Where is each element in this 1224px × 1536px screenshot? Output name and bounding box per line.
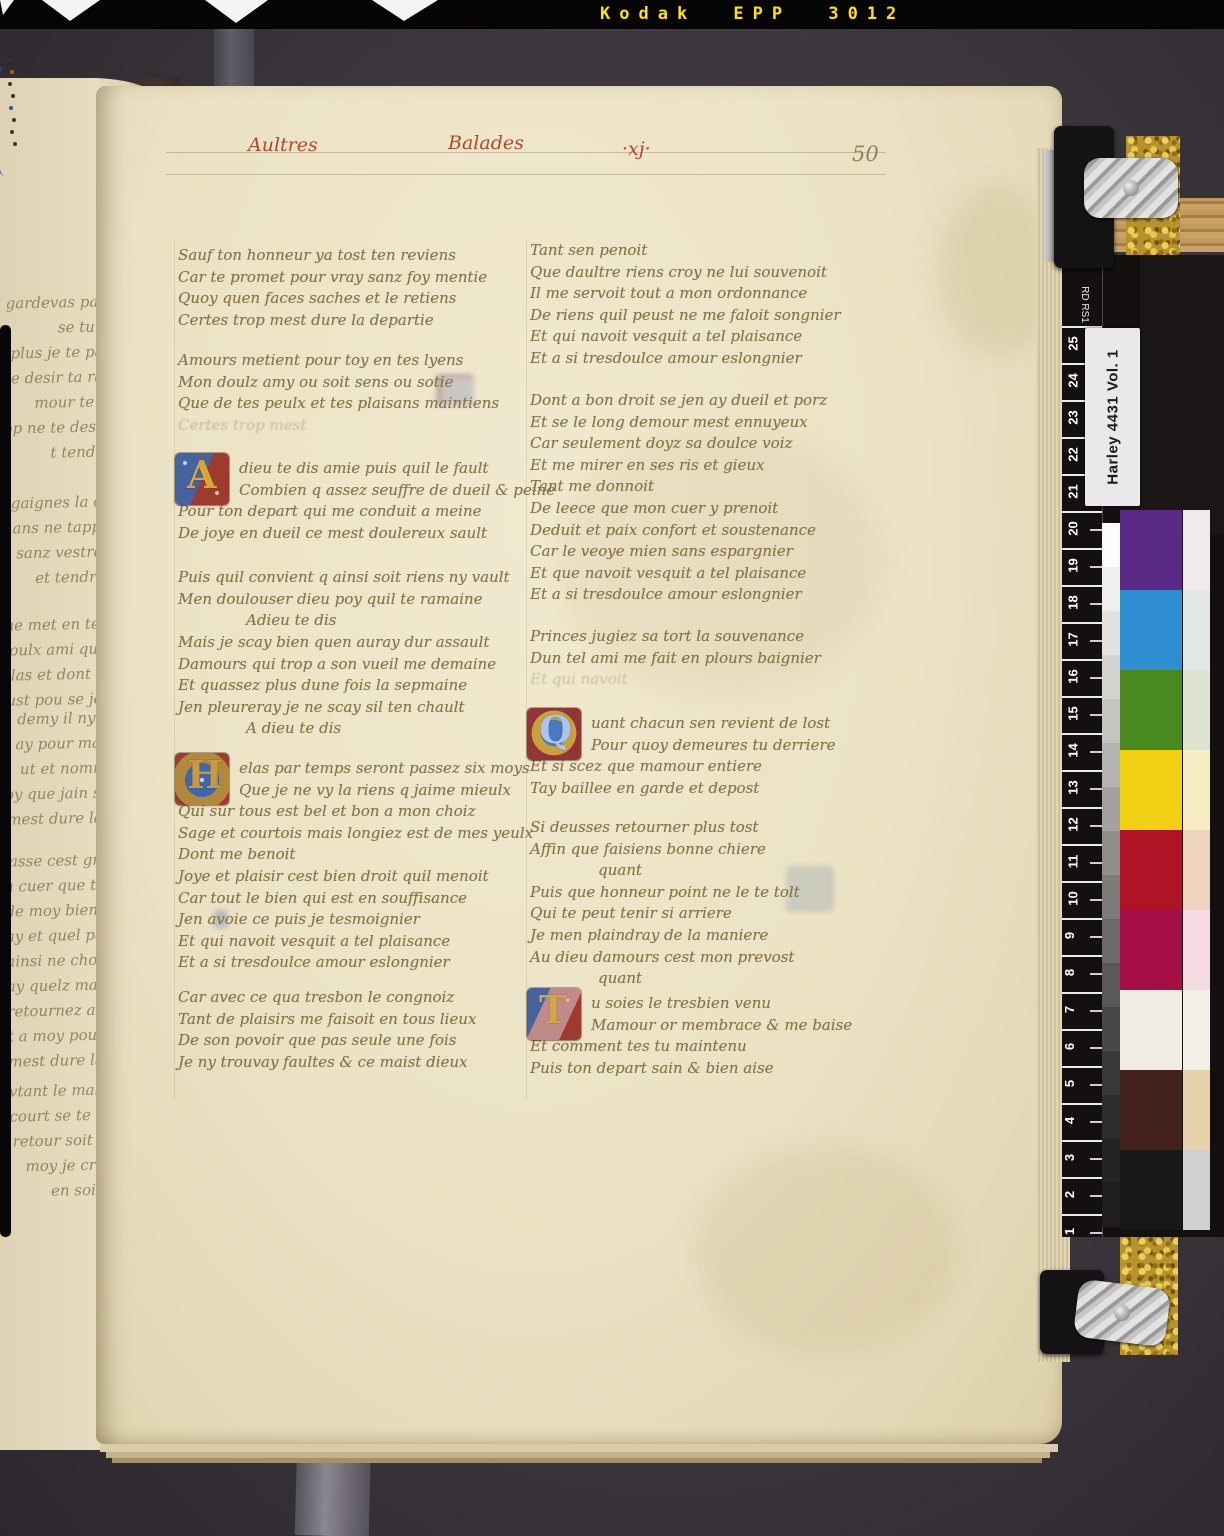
verse-line: Damours qui trop a son vueil me demaine [178, 654, 536, 676]
ruler-cell: 16 [1062, 659, 1102, 696]
verse-line: Je ny trouvay faultes & ce maist dieux [178, 1052, 536, 1074]
stanza: Helas par temps seront passez six moysQu… [178, 758, 536, 974]
pale-patch [1183, 1150, 1210, 1230]
verse-line: Certes trop mest dure la departie [178, 310, 536, 332]
verse-line: De son povoir que pas seule une fois [178, 1030, 536, 1052]
verse-line: Que daultre riens croy ne lui souvenoit [530, 262, 888, 284]
verse-line: Car avec ce qua tresbon le congnoiz [178, 987, 536, 1009]
verse-line: Princes jugiez sa tort la souvenance [530, 626, 888, 648]
verse-line: Jen avoie ce puis je tesmoignier [178, 909, 536, 931]
verse-line: Qui te peut tenir si arriere [530, 903, 888, 925]
color-patch [1120, 670, 1182, 750]
ruler-cell: 14 [1062, 733, 1102, 770]
stanza: Si deusses retourner plus tostAffin que … [530, 817, 888, 990]
verse-line: Et a si tresdoulce amour eslongnier [530, 584, 888, 606]
verse-line: uant chacun sen revient de lost [530, 713, 888, 735]
pale-patch [1183, 510, 1210, 590]
verse-line: Et quassez plus dune fois la sepmaine [178, 675, 536, 697]
pale-patch [1183, 750, 1210, 830]
verse-line: Et comment tes tu maintenu [530, 1036, 888, 1058]
verse-line: Quoy quen faces saches et le retiens [178, 288, 536, 310]
verse-line: Deduit et paix confort et soustenance [530, 520, 888, 542]
verse-line: Mon doulz amy ou soit sens ou sotie [178, 372, 536, 394]
color-patch [1120, 750, 1182, 830]
verse-line: Et si scez que mamour entiere [530, 756, 888, 778]
verse-line: u soies le tresbien venu [530, 993, 888, 1015]
ruler-cell: 18 [1062, 585, 1102, 622]
pale-patch [1183, 1070, 1210, 1150]
pale-patch [1183, 830, 1210, 910]
color-patch [1120, 990, 1182, 1070]
page-edges [112, 1458, 1042, 1463]
verse-line: Et qui navoit [530, 669, 888, 691]
verse-line: Pour ton depart qui me conduit a meine [178, 501, 536, 523]
text-column-left: Sauf ton honneur ya tost ten reviensCar … [178, 240, 536, 1100]
verse-line: Dont a bon droit se jen ay dueil et porz [530, 390, 888, 412]
verse-line: quant [598, 968, 888, 990]
illuminated-initial-a: A [178, 458, 230, 500]
ruler-cell: 9 [1062, 918, 1102, 955]
ruler-cell: 13 [1062, 770, 1102, 807]
color-patch [1120, 590, 1182, 670]
binder-clip-bottom-handle [1073, 1279, 1171, 1348]
stanza: Quant chacun sen revient de lostPour quo… [530, 713, 888, 799]
ruler-cell: 1 [1062, 1214, 1102, 1251]
verse-line: Men doulouser dieu poy quil te ramaine [178, 589, 536, 611]
text-column-right: Tant sen penoitQue daultre riens croy ne… [530, 240, 888, 1100]
verse-line: Affin que faisiens bonne chiere [530, 839, 888, 861]
running-header-left: Aultres [248, 134, 318, 156]
ruler-cell: 5 [1062, 1066, 1102, 1103]
manuscript-page: Aultres Balades ·xj· 50 Sauf ton honneur… [96, 86, 1062, 1444]
verse-line: De joye en dueil ce mest doulereux sault [178, 523, 536, 545]
color-patch [1120, 510, 1182, 590]
film-notch-marks [0, 0, 480, 26]
verse-line: Pour quoy demeures tu derriere [530, 735, 888, 757]
pale-color-patches [1183, 510, 1210, 1230]
shelfmark-text: Harley 4431 Vol. 1 [1104, 349, 1121, 484]
verse-line: Amours metient pour toy en tes lyens [178, 350, 536, 372]
verse-line: Sauf ton honneur ya tost ten reviens [178, 245, 536, 267]
verse-line: Sage et courtois mais longiez est de mes… [178, 823, 536, 845]
stanza: Dont a bon droit se jen ay dueil et porz… [530, 390, 888, 606]
verse-line: Et qui navoit vesquit a tel plaisance [530, 326, 888, 348]
verse-line: Puis ton depart sain & bien aise [530, 1058, 888, 1080]
verse-line: Et a si tresdoulce amour eslongnier [178, 952, 536, 974]
verse-line: dieu te dis amie puis quil le fault [178, 458, 536, 480]
color-patch [1120, 910, 1182, 990]
manuscript-photograph: gardevas par moyense tu es sienplus je t… [0, 0, 1224, 1536]
folio-number: 50 [852, 142, 879, 166]
stanza: Amours metient pour toy en tes lyensMon … [178, 350, 536, 436]
verse-line: Combien q assez seuffre de dueil & peine [178, 480, 536, 502]
stanza: Princes jugiez sa tort la souvenanceDun … [530, 626, 888, 691]
stanza: Sauf ton honneur ya tost ten reviensCar … [178, 245, 536, 331]
book-strap-top [214, 26, 254, 90]
color-patch [1120, 830, 1182, 910]
verse-line: Si deusses retourner plus tost [530, 817, 888, 839]
film-edge [0, 325, 11, 1237]
ruler-cell: 20 [1062, 511, 1102, 548]
verse-line: Et qui navoit vesquit a tel plaisance [178, 931, 536, 953]
verse-line: elas par temps seront passez six moys [178, 758, 536, 780]
ruler-cell: 19 [1062, 548, 1102, 585]
verse-line: Dont me benoit [178, 844, 536, 866]
pale-patch [1183, 590, 1210, 670]
pale-patch [1183, 990, 1210, 1070]
stanza: Puis quil convient q ainsi soit riens ny… [178, 567, 536, 632]
illuminated-initial-q: Q [530, 713, 582, 755]
ruling-line [174, 241, 175, 1101]
verse-line: Que de tes peulx et tes plaisans maintie… [178, 393, 536, 415]
ruler-cell: 12 [1062, 807, 1102, 844]
verse-line: Au dieu damours cest mon prevost [530, 947, 888, 969]
verse-line: Et que navoit vesquit a tel plaisance [530, 563, 888, 585]
ruler-cell: 3 [1062, 1140, 1102, 1177]
verse-line: Et a si tresdoulce amour eslongnier [530, 348, 888, 370]
verse-line: Car tout le bien qui est en souffisance [178, 888, 536, 910]
shelfmark-label: Harley 4431 Vol. 1 [1085, 328, 1140, 506]
verse-line: Tay baillee en garde et depost [530, 778, 888, 800]
ruler-cell: 6 [1062, 1029, 1102, 1066]
verse-line: Car te promet pour vray sanz foy mentie [178, 267, 536, 289]
illuminated-initial-t: T [530, 993, 582, 1035]
black-flag [1140, 255, 1224, 535]
ruler-cell: 10 [1062, 881, 1102, 918]
verse-line: Que je ne vy la riens q jaime mieulx [178, 780, 536, 802]
stanza: Adieu te dis amie puis quil le faultComb… [178, 458, 536, 544]
verse-line: Et se le long demour mest ennuyeux [530, 412, 888, 434]
ruler-cell: 7 [1062, 992, 1102, 1029]
verse-line: Adieu te dis [246, 610, 536, 632]
verse-line: Et me mirer en ses ris et gieux [530, 455, 888, 477]
verse-line: De leece que mon cuer y prenoit [530, 498, 888, 520]
ruler-cell: 17 [1062, 622, 1102, 659]
verse-line: Il me servoit tout a mon ordonnance [530, 283, 888, 305]
ruler-cell: 8 [1062, 955, 1102, 992]
verse-line: Car le veoye mien sans espargnier [530, 541, 888, 563]
binder-clip-top-handle [1084, 158, 1178, 218]
stanza: Car avec ce qua tresbon le congnoizTant … [178, 987, 536, 1073]
verse-line: Puis que honneur point ne le te tolt [530, 882, 888, 904]
stanza: Tant sen penoitQue daultre riens croy ne… [530, 240, 888, 370]
verse-line: Puis quil convient q ainsi soit riens ny… [178, 567, 536, 589]
verse-line: Tant me donnoit [530, 476, 888, 498]
running-header-numeral: ·xj· [622, 138, 651, 160]
stanza: Mais je scay bien quen auray dur assault… [178, 632, 536, 740]
verse-line: Jen pleureray je ne scay sil ten chault [178, 697, 536, 719]
verse-line: De riens quil peust ne me faloit songnie… [530, 305, 888, 327]
ruler-title: RD RS1 [1079, 286, 1090, 323]
verse-line: Certes trop mest [178, 415, 536, 437]
ruling-line [166, 174, 886, 175]
verse-line: Qui sur tous est bel et bon a mon choiz [178, 801, 536, 823]
verse-line: Mamour or membrace & me baise [530, 1015, 888, 1037]
pale-patch [1183, 910, 1210, 990]
verse-line: Tant de plaisirs me faisoit en tous lieu… [178, 1009, 536, 1031]
verse-line: Tant sen penoit [530, 240, 888, 262]
running-header-center: Balades [448, 132, 524, 154]
color-calibration-card: RD RS1 252423222120191817161514131211109… [1062, 255, 1224, 1237]
verse-line: quant [598, 860, 888, 882]
verse-line: Joye et plaisir cest bien droit quil men… [178, 866, 536, 888]
verse-line: Je men plaindray de la maniere [530, 925, 888, 947]
verse-line: A dieu te dis [246, 718, 536, 740]
verse-line: Dun tel ami me fait en plours baignier [530, 648, 888, 670]
parchment-stain [696, 1146, 956, 1356]
color-patch [1120, 1070, 1182, 1150]
film-stock-label: Kodak EPP 3012 [600, 4, 905, 24]
illuminated-initial-h: H [178, 758, 230, 800]
ruler-cell: 15 [1062, 696, 1102, 733]
color-patch [1120, 1150, 1182, 1230]
ruler-cell: 11 [1062, 844, 1102, 881]
verse-line: Mais je scay bien quen auray dur assault [178, 632, 536, 654]
stanza: Tu soies le tresbien venuMamour or membr… [530, 993, 888, 1079]
pale-patch [1183, 670, 1210, 750]
ruler-cell: 2 [1062, 1177, 1102, 1214]
page-edges [100, 1444, 1058, 1452]
verse-line: Car seulement doyz sa doulce voiz [530, 433, 888, 455]
ruler-cell: 4 [1062, 1103, 1102, 1140]
color-patches [1120, 510, 1182, 1230]
